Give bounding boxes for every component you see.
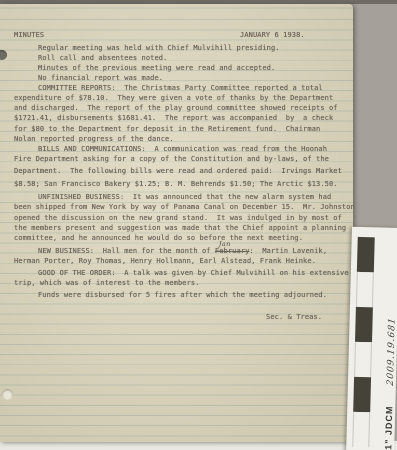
- typed-line: expenditure of $78.10. They were given a…: [14, 94, 333, 103]
- typed-line: Nolan reported progress of the dance.: [14, 135, 174, 144]
- scale-block-dark: [355, 307, 373, 342]
- scale-block-light: [356, 272, 374, 307]
- strikethrough-word: FebruaryJan: [215, 247, 250, 255]
- handwritten-annotation: Jan: [219, 240, 231, 249]
- typed-line: been shipped from New York by way of Pan…: [14, 203, 355, 212]
- typed-line: Regular meeting was held with Chief Mulv…: [38, 44, 280, 53]
- accession-number: 2009.19.681: [386, 313, 397, 389]
- new-business-before: NEW BUSINESS: Hall men for the month of: [38, 247, 215, 255]
- signature-line: Sec. & Treas.: [266, 313, 322, 322]
- card-label: 1" JDCM 2009.19.681: [376, 250, 397, 450]
- typed-line: Minutes of the previous meeting were rea…: [38, 64, 275, 73]
- typed-line: the members present and suggestion was m…: [14, 224, 346, 233]
- punch-hole-top: [0, 50, 7, 60]
- scan-bottom-edge: [0, 441, 397, 450]
- typed-line: UNFINISHED BUSINESS: It was announced th…: [38, 193, 331, 202]
- typed-line: GOOD OF THE ORDER: A talk was given by C…: [38, 269, 349, 278]
- scanned-minutes-page: MINUTES JANUARY 6 1938. Regular meeting …: [0, 0, 397, 450]
- typed-line: Funds were disbursed for 5 fires after w…: [38, 291, 327, 300]
- typed-line: Department. The following bills were rea…: [14, 167, 342, 176]
- typed-line: $8.58; San Francisco Bakery $1.25; B. M.…: [14, 180, 338, 189]
- typed-line: $1721.41, disbursements $1681.41. The re…: [14, 114, 333, 123]
- punch-hole-bottom: [2, 389, 13, 400]
- museum-label: 1" JDCM: [383, 405, 394, 450]
- typed-line: for $80 to the Department for deposit in…: [14, 125, 320, 134]
- typed-line: Fire Department asking for a copy of the…: [14, 155, 329, 164]
- typed-line: Roll call and absentees noted.: [38, 54, 167, 63]
- typed-line: trip, which was of interest to the membe…: [14, 279, 200, 288]
- scale-block-dark: [353, 377, 371, 412]
- page-title: MINUTES: [14, 31, 44, 40]
- typed-line: committee, and he announced he would do …: [14, 234, 303, 243]
- page-date: JANUARY 6 1938.: [240, 31, 305, 40]
- scale-block-light: [354, 342, 372, 377]
- paper-sheet: MINUTES JANUARY 6 1938. Regular meeting …: [0, 4, 353, 442]
- new-business-after: : Martin Lavenik,: [249, 247, 327, 255]
- scale-block-dark: [357, 237, 375, 272]
- typed-line: and discharged. The report of the play g…: [14, 104, 338, 113]
- typed-line: No financial report was made.: [38, 74, 163, 83]
- typed-line: COMMITTEE REPORTS: The Christmas Party C…: [38, 84, 323, 93]
- typed-line: Herman Porter, Roy Thomas, Henry Hollman…: [14, 257, 316, 266]
- scale-block-light: [352, 412, 370, 447]
- typed-line-new-business: NEW BUSINESS: Hall men for the month of …: [38, 247, 327, 256]
- typed-line: BILLS AND COMMUNICATIONS: A communicatio…: [38, 145, 327, 154]
- photo-scale-bar: [352, 237, 375, 449]
- museum-scale-card: 1" JDCM 2009.19.681: [346, 227, 397, 450]
- typed-line: opened the discussion on the new grand s…: [14, 214, 342, 223]
